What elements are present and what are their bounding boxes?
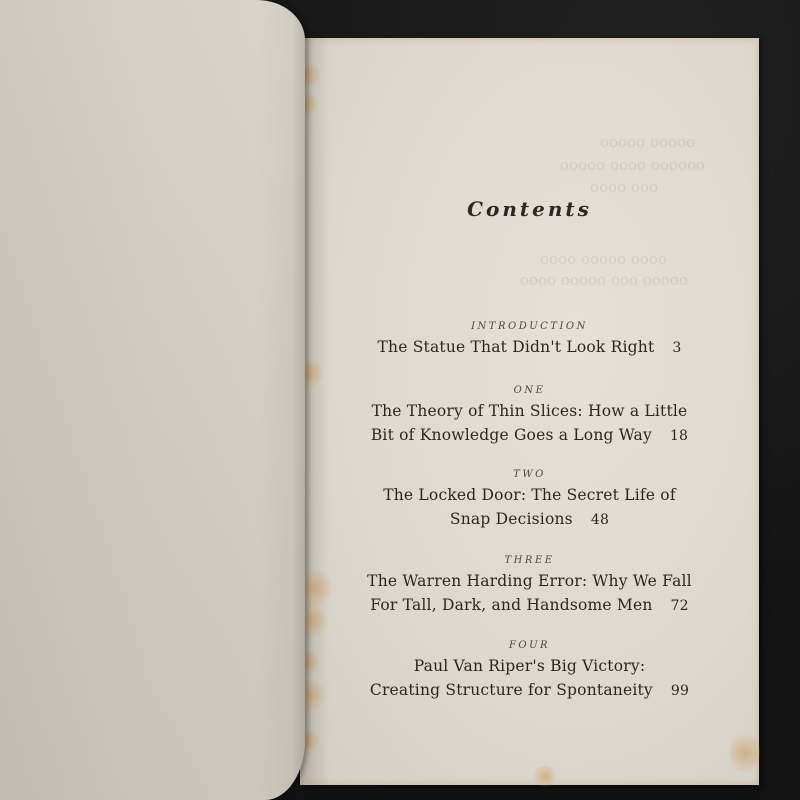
chapter-title-line: The Locked Door: The Secret Life of (300, 483, 759, 507)
chapter-title: The Statue That Didn't Look Right (378, 338, 655, 356)
chapter-title: Bit of Knowledge Goes a Long Way (371, 426, 652, 444)
chapter-title-line: Snap Decisions48 (300, 507, 759, 532)
foxing-stain (530, 766, 560, 786)
chapter-title-line: The Theory of Thin Slices: How a Little (300, 399, 759, 423)
chapter-title-line: Bit of Knowledge Goes a Long Way18 (300, 423, 759, 448)
chapter-title: Creating Structure for Spontaneity (370, 681, 653, 699)
chapter-title-line: For Tall, Dark, and Handsome Men72 (300, 593, 759, 618)
bleed-through-text: ooo oooo (590, 178, 658, 196)
page-number: 3 (672, 340, 681, 356)
bleed-through-text: oooooo oooo ooooo (560, 156, 705, 174)
part-label: ONE (300, 383, 759, 399)
page-number: 48 (591, 512, 609, 528)
chapter-title: Snap Decisions (450, 510, 573, 528)
chapter-title-line: Creating Structure for Spontaneity99 (300, 678, 759, 703)
chapter-title-line: The Warren Harding Error: Why We Fall (300, 569, 759, 593)
page-number: 18 (670, 428, 688, 444)
bleed-through-text: oooo ooooo oooo (540, 250, 667, 268)
bleed-through-text: ooooo ooooo (600, 133, 695, 151)
toc-entry-three: THREE The Warren Harding Error: Why We F… (300, 553, 759, 618)
toc-entry-four: FOUR Paul Van Riper's Big Victory: Creat… (300, 638, 759, 703)
chapter-title: For Tall, Dark, and Handsome Men (370, 596, 652, 614)
chapter-title-line: Paul Van Riper's Big Victory: (300, 654, 759, 678)
toc-entry-one: ONE The Theory of Thin Slices: How a Lit… (300, 383, 759, 448)
page-title: Contents (300, 197, 759, 221)
toc-entry-two: TWO The Locked Door: The Secret Life of … (300, 467, 759, 532)
bleed-through-text: ooooo ooo ooooo oooo (520, 271, 688, 289)
part-label: TWO (300, 467, 759, 483)
part-label: FOUR (300, 638, 759, 654)
left-page (0, 0, 305, 800)
chapter-title-line: The Statue That Didn't Look Right3 (300, 335, 759, 360)
toc-entry-introduction: INTRODUCTION The Statue That Didn't Look… (300, 319, 759, 360)
part-label: THREE (300, 553, 759, 569)
part-label: INTRODUCTION (300, 319, 759, 335)
foxing-stain (730, 728, 760, 778)
page-number: 72 (671, 598, 689, 614)
page-number: 99 (671, 683, 689, 699)
